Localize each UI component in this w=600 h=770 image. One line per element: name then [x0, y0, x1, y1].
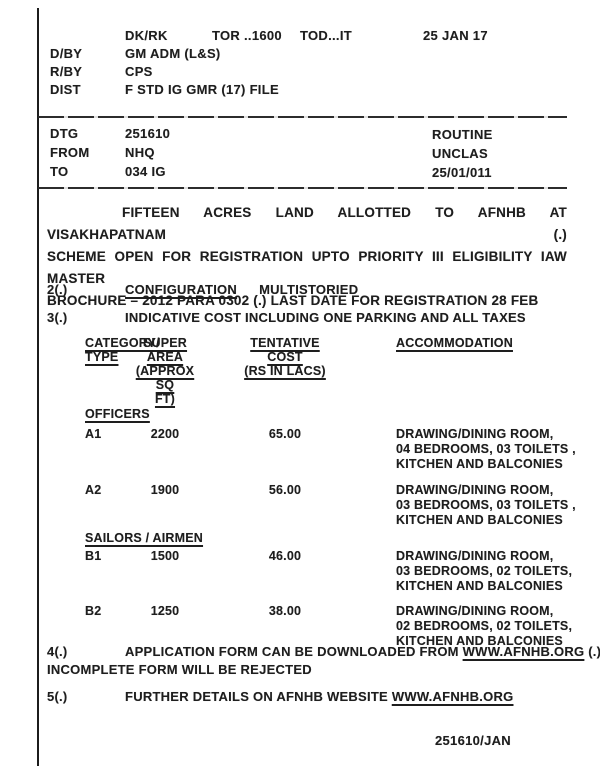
para5-text: FURTHER DETAILS ON AFNHB WEBSITE — [125, 689, 388, 704]
row-area: 1900 — [130, 483, 200, 528]
accommodation-line: KITCHEN AND BALCONIES — [396, 457, 576, 472]
header-area-line4: FT) — [155, 392, 175, 406]
rby-label: R/BY — [50, 64, 82, 79]
cost-table: CATEGORY/ TYPE SUPER AREA (APPROX SQ FT)… — [85, 336, 567, 649]
dtg-value: 251610 — [125, 126, 170, 141]
accommodation-line: KITCHEN AND BALCONIES — [396, 579, 572, 594]
para2: 2(.)CONFIGURATIONMULTISTORIED — [47, 281, 358, 299]
para1-line1: FIFTEEN ACRES LAND ALLOTTED TO AFNHB AT … — [47, 202, 567, 246]
row-cost: 46.00 — [200, 549, 370, 594]
accommodation-line: 02 BEDROOMS, 02 TOILETS, — [396, 619, 572, 634]
row-accommodation: DRAWING/DINING ROOM, 03 BEDROOMS, 02 TOI… — [370, 549, 572, 594]
header-accommodation-label: ACCOMMODATION — [396, 336, 513, 350]
header-cost-line2: COST — [267, 350, 303, 364]
from-value: NHQ — [125, 145, 155, 160]
para5: 5(.)FURTHER DETAILS ON AFNHB WEBSITE WWW… — [47, 688, 513, 706]
row-type: B1 — [85, 549, 130, 594]
officers-label: OFFICERS — [85, 407, 150, 421]
accommodation-line: DRAWING/DINING ROOM, — [396, 604, 572, 619]
table-row-b1: B1 1500 46.00 DRAWING/DINING ROOM, 03 BE… — [85, 549, 567, 594]
header-super-area: SUPER AREA (APPROX SQ FT) — [130, 336, 200, 406]
to-value: 034 IG — [125, 164, 166, 179]
to-label: TO — [50, 164, 68, 179]
header-cost-line1: TENTATIVE — [250, 336, 319, 350]
header-operator: DK/RK — [125, 28, 168, 43]
table-row-a2: A2 1900 56.00 DRAWING/DINING ROOM, 03 BE… — [85, 483, 567, 528]
header-category-type: CATEGORY/ TYPE — [85, 336, 130, 406]
accommodation-line: DRAWING/DINING ROOM, — [396, 483, 576, 498]
accommodation-line: DRAWING/DINING ROOM, — [396, 427, 576, 442]
accommodation-line: 03 BEDROOMS, 02 TOILETS, — [396, 564, 572, 579]
section-title-officers: OFFICERS — [85, 407, 567, 421]
header-accommodation: ACCOMMODATION — [370, 336, 567, 406]
para3: 3(.)INDICATIVE COST INCLUDING ONE PARKIN… — [47, 309, 526, 327]
header-category-line2: TYPE — [85, 350, 118, 364]
row-type: A1 — [85, 427, 130, 472]
precedence: ROUTINE — [432, 127, 493, 142]
accommodation-line: 04 BEDROOMS, 03 TOILETS , — [396, 442, 576, 457]
msg-serial: 25/01/011 — [432, 165, 492, 180]
rby-value: CPS — [125, 64, 153, 79]
sailors-airmen-label: SAILORS / AIRMEN — [85, 531, 203, 545]
para2-value: MULTISTORIED — [259, 282, 358, 297]
para4-line1: 4(.)APPLICATION FORM CAN BE DOWNLOADED F… — [47, 643, 600, 661]
para4-number: 4(.) — [47, 643, 125, 661]
section-title-sailors-airmen: SAILORS / AIRMEN — [85, 531, 567, 545]
header-tentative-cost: TENTATIVE COST (RS IN LACS) — [200, 336, 370, 406]
row-area: 2200 — [130, 427, 200, 472]
dby-value: GM ADM (L&S) — [125, 46, 221, 61]
scan-edge-artifact-line — [37, 8, 39, 766]
para3-text: INDICATIVE COST INCLUDING ONE PARKING AN… — [125, 310, 526, 325]
header-area-line2: AREA — [147, 350, 183, 364]
row-accommodation: DRAWING/DINING ROOM, 03 BEDROOMS, 03 TOI… — [370, 483, 576, 528]
dtg-label: DTG — [50, 126, 78, 141]
accommodation-line: DRAWING/DINING ROOM, — [396, 549, 572, 564]
para4-text-after: (.) — [588, 644, 600, 659]
dist-label: DIST — [50, 82, 81, 97]
header-area-line1: SUPER — [143, 336, 187, 350]
row-accommodation: DRAWING/DINING ROOM, 04 BEDROOMS, 03 TOI… — [370, 427, 576, 472]
scanned-signal-document: DK/RK TOR ..1600 TOD...IT 25 JAN 17 D/BY… — [0, 0, 600, 770]
from-label: FROM — [50, 145, 89, 160]
table-row-a1: A1 2200 65.00 DRAWING/DINING ROOM, 04 BE… — [85, 427, 567, 472]
row-cost: 65.00 — [200, 427, 370, 472]
para2-heading: CONFIGURATION — [125, 282, 237, 297]
row-area: 1500 — [130, 549, 200, 594]
header-date: 25 JAN 17 — [423, 28, 488, 43]
dist-value: F STD IG GMR (17) FILE — [125, 82, 279, 97]
cost-table-header: CATEGORY/ TYPE SUPER AREA (APPROX SQ FT)… — [85, 336, 567, 406]
dashed-rule-bottom — [38, 187, 567, 189]
para4-text: APPLICATION FORM CAN BE DOWNLOADED FROM — [125, 644, 459, 659]
para3-number: 3(.) — [47, 309, 125, 327]
header-cost-line3: (RS IN LACS) — [244, 364, 326, 378]
row-type: A2 — [85, 483, 130, 528]
accommodation-line: 03 BEDROOMS, 03 TOILETS , — [396, 498, 576, 513]
header-tod: TOD...IT — [300, 28, 352, 43]
header-area-line3: (APPROX SQ — [136, 364, 194, 392]
para4-line2: INCOMPLETE FORM WILL BE REJECTED — [47, 661, 312, 679]
accommodation-line: KITCHEN AND BALCONIES — [396, 513, 576, 528]
para2-number: 2(.) — [47, 281, 125, 299]
para5-number: 5(.) — [47, 688, 125, 706]
dashed-rule-top — [38, 116, 567, 118]
dby-label: D/BY — [50, 46, 82, 61]
afnhb-url: WWW.AFNHB.ORG — [463, 644, 585, 659]
row-cost: 56.00 — [200, 483, 370, 528]
afnhb-url: WWW.AFNHB.ORG — [392, 689, 514, 704]
footer-reference: 251610/JAN — [435, 733, 511, 748]
header-tor: TOR ..1600 — [212, 28, 282, 43]
classification: UNCLAS — [432, 146, 488, 161]
